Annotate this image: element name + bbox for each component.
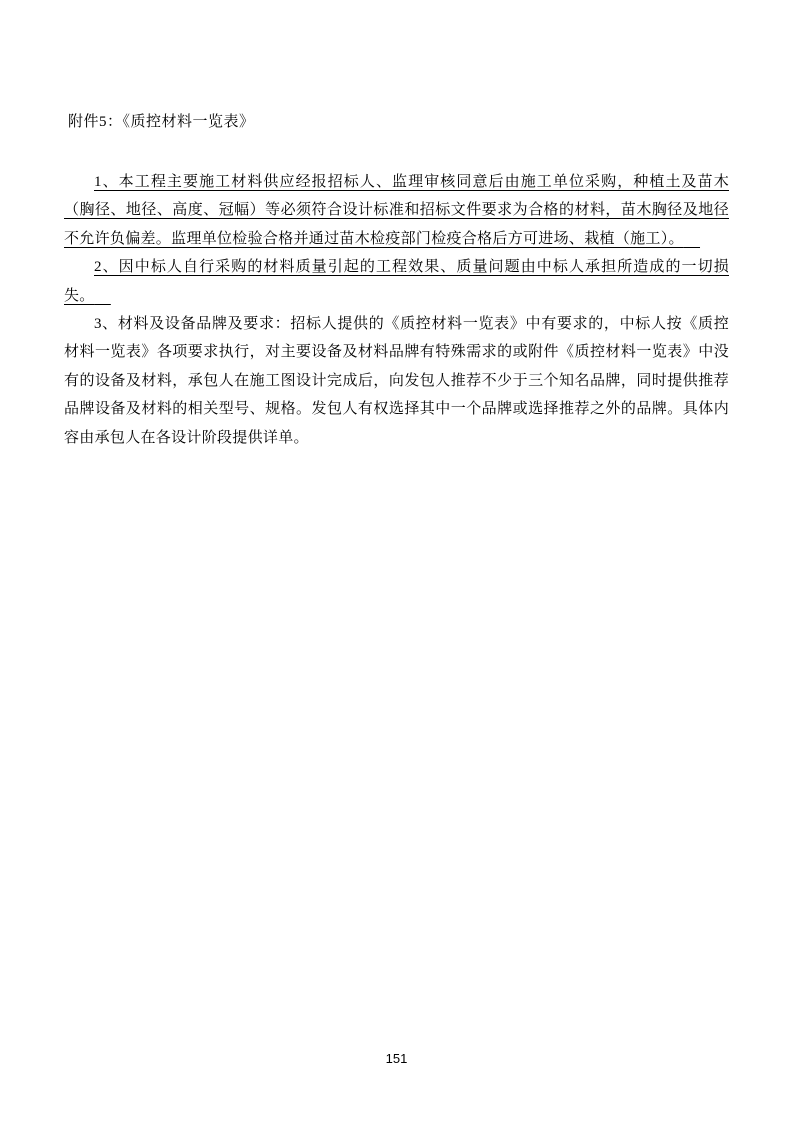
document-body: 附件5：《质控材料一览表》 1、本工程主要施工材料供应经报招标人、监理审核同意后… [64,112,729,452]
paragraph-2: 2、因中标人自行采购的材料质量引起的工程效果、质量问题由中标人承担所造成的一切损… [64,253,729,310]
paragraph-1: 1、本工程主要施工材料供应经报招标人、监理审核同意后由施工单位采购，种植土及苗木… [64,168,729,253]
paragraph-3: 3、材料及设备品牌及要求：招标人提供的《质控材料一览表》中有要求的，中标人按《质… [64,310,729,452]
paragraph-2-text: 2、因中标人自行采购的材料质量引起的工程效果、质量问题由中标人承担所造成的一切损… [64,259,729,303]
document-page: 附件5：《质控材料一览表》 1、本工程主要施工材料供应经报招标人、监理审核同意后… [0,0,793,1123]
paragraph-3-text: 3、材料及设备品牌及要求：招标人提供的《质控材料一览表》中有要求的，中标人按《质… [64,316,729,446]
page-number: 151 [0,1051,793,1067]
paragraph-1-underline-tail [684,231,700,247]
paragraph-2-underline-tail [95,288,111,304]
page-title: 附件5：《质控材料一览表》 [68,112,729,132]
paragraph-1-text: 1、本工程主要施工材料供应经报招标人、监理审核同意后由施工单位采购，种植土及苗木… [64,174,729,247]
